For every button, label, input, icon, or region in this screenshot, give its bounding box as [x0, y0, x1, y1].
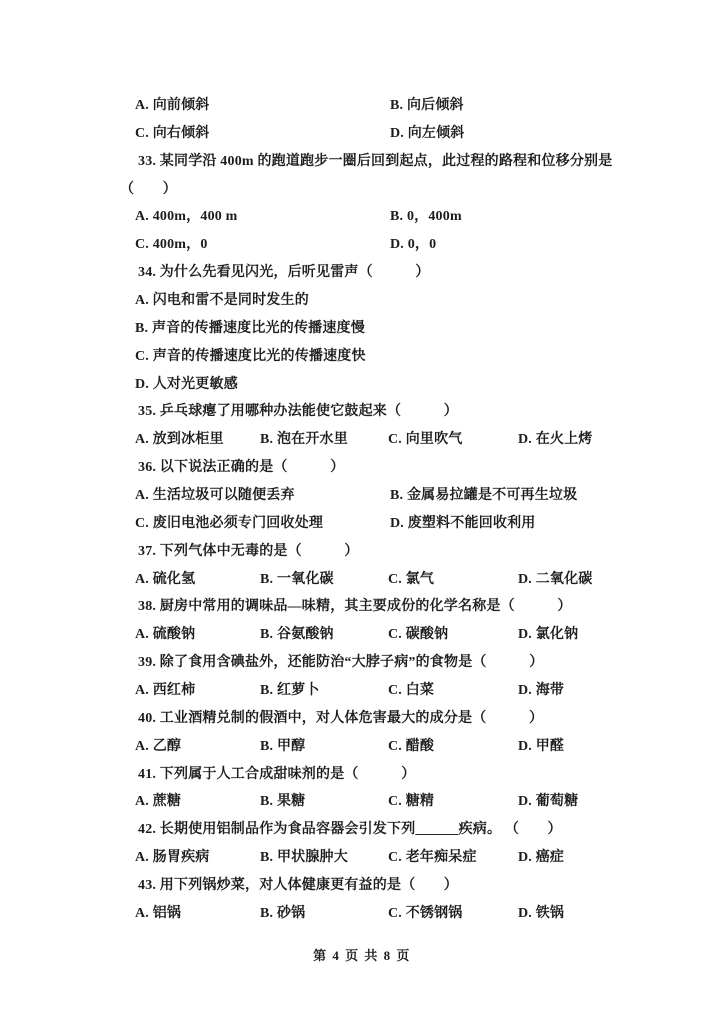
option-b: B. 向后倾斜 [390, 92, 464, 120]
option-d: D. 葡萄糖 [518, 788, 578, 816]
option-c: C. 糖精 [388, 788, 518, 816]
option-b: B. 泡在开水里 [260, 426, 388, 454]
option-d: D. 二氧化碳 [518, 566, 593, 594]
option-a: A. 硫酸钠 [135, 621, 260, 649]
option-a: A. 硫化氢 [135, 566, 260, 594]
question-38-text: 38. 厨房中常用的调味品—味精，其主要成份的化学名称是（ ） [120, 593, 620, 621]
option-a: A. 400m，400 m [135, 203, 390, 231]
option-d: D. 在火上烤 [518, 426, 593, 454]
option-c: C. 老年痴呆症 [388, 844, 518, 872]
option-row-q36-ab: A. 生活垃圾可以随便丢弃 B. 金属易拉罐是不可再生垃圾 [120, 482, 620, 510]
question-42-text: 42. 长期使用铝制品作为食品容器会引发下列______疾病。 （ ） [120, 816, 620, 844]
option-c: C. 400m，0 [135, 231, 390, 259]
option-c: C. 废旧电池必须专门回收处理 [135, 510, 390, 538]
option-row-q32-cd: C. 向右倾斜 D. 向左倾斜 [120, 120, 620, 148]
option-a: A. 放到冰柜里 [135, 426, 260, 454]
option-row-q43: A. 铝锅 B. 砂锅 C. 不锈钢锅 D. 铁锅 [120, 900, 620, 928]
question-35-text: 35. 乒乓球瘪了用哪种办法能使它鼓起来（ ） [120, 398, 620, 426]
option-row-q33-ab: A. 400m，400 m B. 0，400m [120, 203, 620, 231]
option-d: D. 向左倾斜 [390, 120, 465, 148]
option-d: D. 0，0 [390, 231, 436, 259]
option-a: A. 蔗糖 [135, 788, 260, 816]
option-a: A. 乙醇 [135, 733, 260, 761]
option-b: B. 一氧化碳 [260, 566, 388, 594]
option-c: C. 向里吹气 [388, 426, 518, 454]
question-33-text: 33. 某同学沿 400m 的跑道跑步一圈后回到起点，此过程的路程和位移分别是 [120, 148, 620, 176]
option-c: C. 氯气 [388, 566, 518, 594]
exam-body: A. 向前倾斜 B. 向后倾斜 C. 向右倾斜 D. 向左倾斜 33. 某同学沿… [120, 92, 620, 928]
option-c: C. 不锈钢锅 [388, 900, 518, 928]
question-33-answer-blank: （ ） [120, 176, 620, 204]
option-b: B. 甲状腺肿大 [260, 844, 388, 872]
option-a: A. 闪电和雷不是同时发生的 [120, 287, 620, 315]
question-40-text: 40. 工业酒精兑制的假酒中，对人体危害最大的成分是（ ） [120, 705, 620, 733]
option-row-q38: A. 硫酸钠 B. 谷氨酸钠 C. 碳酸钠 D. 氯化钠 [120, 621, 620, 649]
option-row-q41: A. 蔗糖 B. 果糖 C. 糖精 D. 葡萄糖 [120, 788, 620, 816]
option-row-q33-cd: C. 400m，0 D. 0，0 [120, 231, 620, 259]
option-c: C. 向右倾斜 [135, 120, 390, 148]
option-b: B. 红萝卜 [260, 677, 388, 705]
option-a: A. 向前倾斜 [135, 92, 390, 120]
option-b: B. 砂锅 [260, 900, 388, 928]
option-a: A. 生活垃圾可以随便丢弃 [135, 482, 390, 510]
option-row-q40: A. 乙醇 B. 甲醇 C. 醋酸 D. 甲醛 [120, 733, 620, 761]
question-43-text: 43. 用下列锅炒菜，对人体健康更有益的是（ ） [120, 872, 620, 900]
option-row-q32-ab: A. 向前倾斜 B. 向后倾斜 [120, 92, 620, 120]
option-row-q39: A. 西红柿 B. 红萝卜 C. 白菜 D. 海带 [120, 677, 620, 705]
page-number: 第 4 页 共 8 页 [0, 945, 724, 964]
option-a: A. 西红柿 [135, 677, 260, 705]
document-page: A. 向前倾斜 B. 向后倾斜 C. 向右倾斜 D. 向左倾斜 33. 某同学沿… [0, 0, 724, 1024]
question-37-text: 37. 下列气体中无毒的是（ ） [120, 538, 620, 566]
option-a: A. 肠胃疾病 [135, 844, 260, 872]
option-b: B. 果糖 [260, 788, 388, 816]
option-row-q36-cd: C. 废旧电池必须专门回收处理 D. 废塑料不能回收利用 [120, 510, 620, 538]
option-c: C. 碳酸钠 [388, 621, 518, 649]
option-d: D. 甲醛 [518, 733, 564, 761]
option-c: C. 醋酸 [388, 733, 518, 761]
question-36-text: 36. 以下说法正确的是（ ） [120, 454, 620, 482]
option-a: A. 铝锅 [135, 900, 260, 928]
option-d: D. 氯化钠 [518, 621, 578, 649]
option-d: D. 废塑料不能回收利用 [390, 510, 536, 538]
option-row-q37: A. 硫化氢 B. 一氧化碳 C. 氯气 D. 二氧化碳 [120, 566, 620, 594]
option-c: C. 白菜 [388, 677, 518, 705]
option-row-q35: A. 放到冰柜里 B. 泡在开水里 C. 向里吹气 D. 在火上烤 [120, 426, 620, 454]
question-34-text: 34. 为什么先看见闪光，后听见雷声（ ） [120, 259, 620, 287]
option-b: B. 金属易拉罐是不可再生垃圾 [390, 482, 577, 510]
option-d: D. 铁锅 [518, 900, 564, 928]
option-d: D. 癌症 [518, 844, 564, 872]
option-b: B. 谷氨酸钠 [260, 621, 388, 649]
option-b: B. 甲醇 [260, 733, 388, 761]
question-41-text: 41. 下列属于人工合成甜味剂的是（ ） [120, 761, 620, 789]
option-c: C. 声音的传播速度比光的传播速度快 [120, 343, 620, 371]
option-row-q42: A. 肠胃疾病 B. 甲状腺肿大 C. 老年痴呆症 D. 癌症 [120, 844, 620, 872]
option-b: B. 0，400m [390, 203, 462, 231]
option-d: D. 人对光更敏感 [120, 371, 620, 399]
question-39-text: 39. 除了食用含碘盐外，还能防治“大脖子病”的食物是（ ） [120, 649, 620, 677]
option-b: B. 声音的传播速度比光的传播速度慢 [120, 315, 620, 343]
option-d: D. 海带 [518, 677, 564, 705]
